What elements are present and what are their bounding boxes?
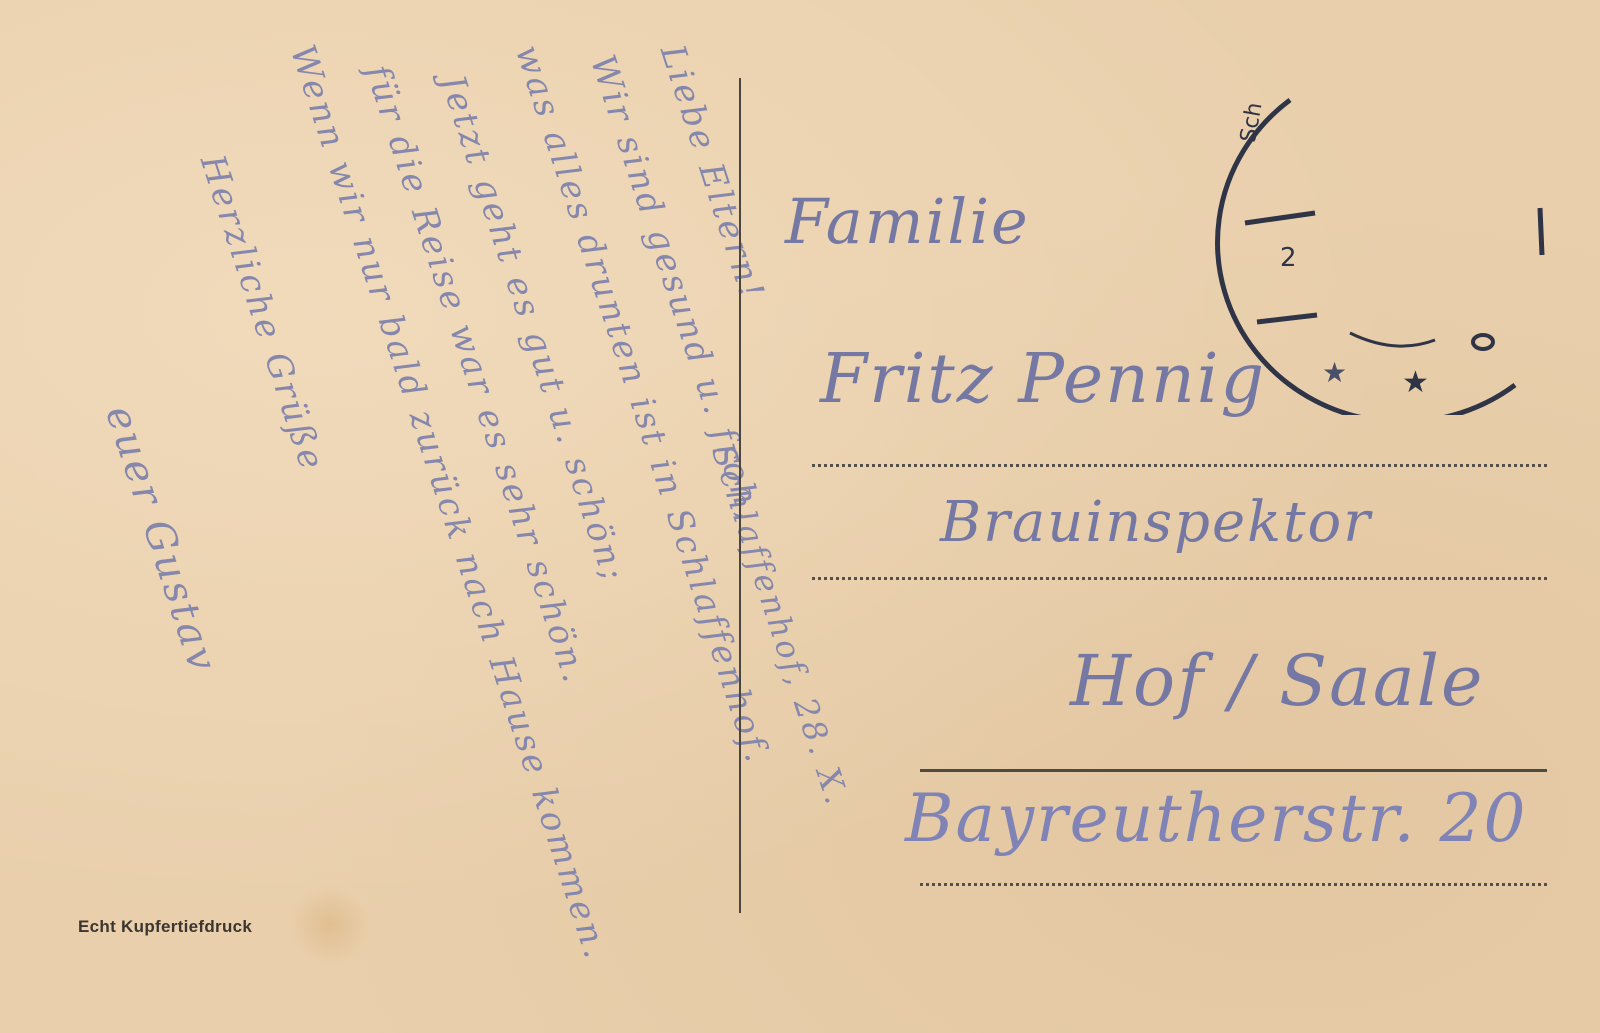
- printer-mark: Echt Kupfertiefdruck: [78, 917, 252, 937]
- address-line-2: [812, 577, 1547, 580]
- address-line-3: [920, 769, 1547, 772]
- postmark-date: 2: [1280, 243, 1297, 273]
- address-salutation: Familie: [785, 185, 1030, 258]
- svg-text:★: ★: [1402, 365, 1429, 400]
- center-divider: [739, 78, 741, 913]
- address-line-1: [812, 464, 1547, 467]
- address-name: Fritz Pennig: [820, 340, 1266, 419]
- message-line: Herzliche Grüße: [192, 150, 332, 477]
- postcard-back: Liebe Eltern! Wir sind gesund u. froh, w…: [0, 0, 1600, 1033]
- address-line-4: [920, 883, 1547, 886]
- signature: euer Gustav: [96, 400, 226, 679]
- address-city: Hof / Saale: [1070, 640, 1484, 722]
- address-street: Bayreutherstr. 20: [905, 780, 1528, 857]
- svg-text:★: ★: [1322, 356, 1347, 389]
- address-title: Brauinspektor: [940, 490, 1372, 555]
